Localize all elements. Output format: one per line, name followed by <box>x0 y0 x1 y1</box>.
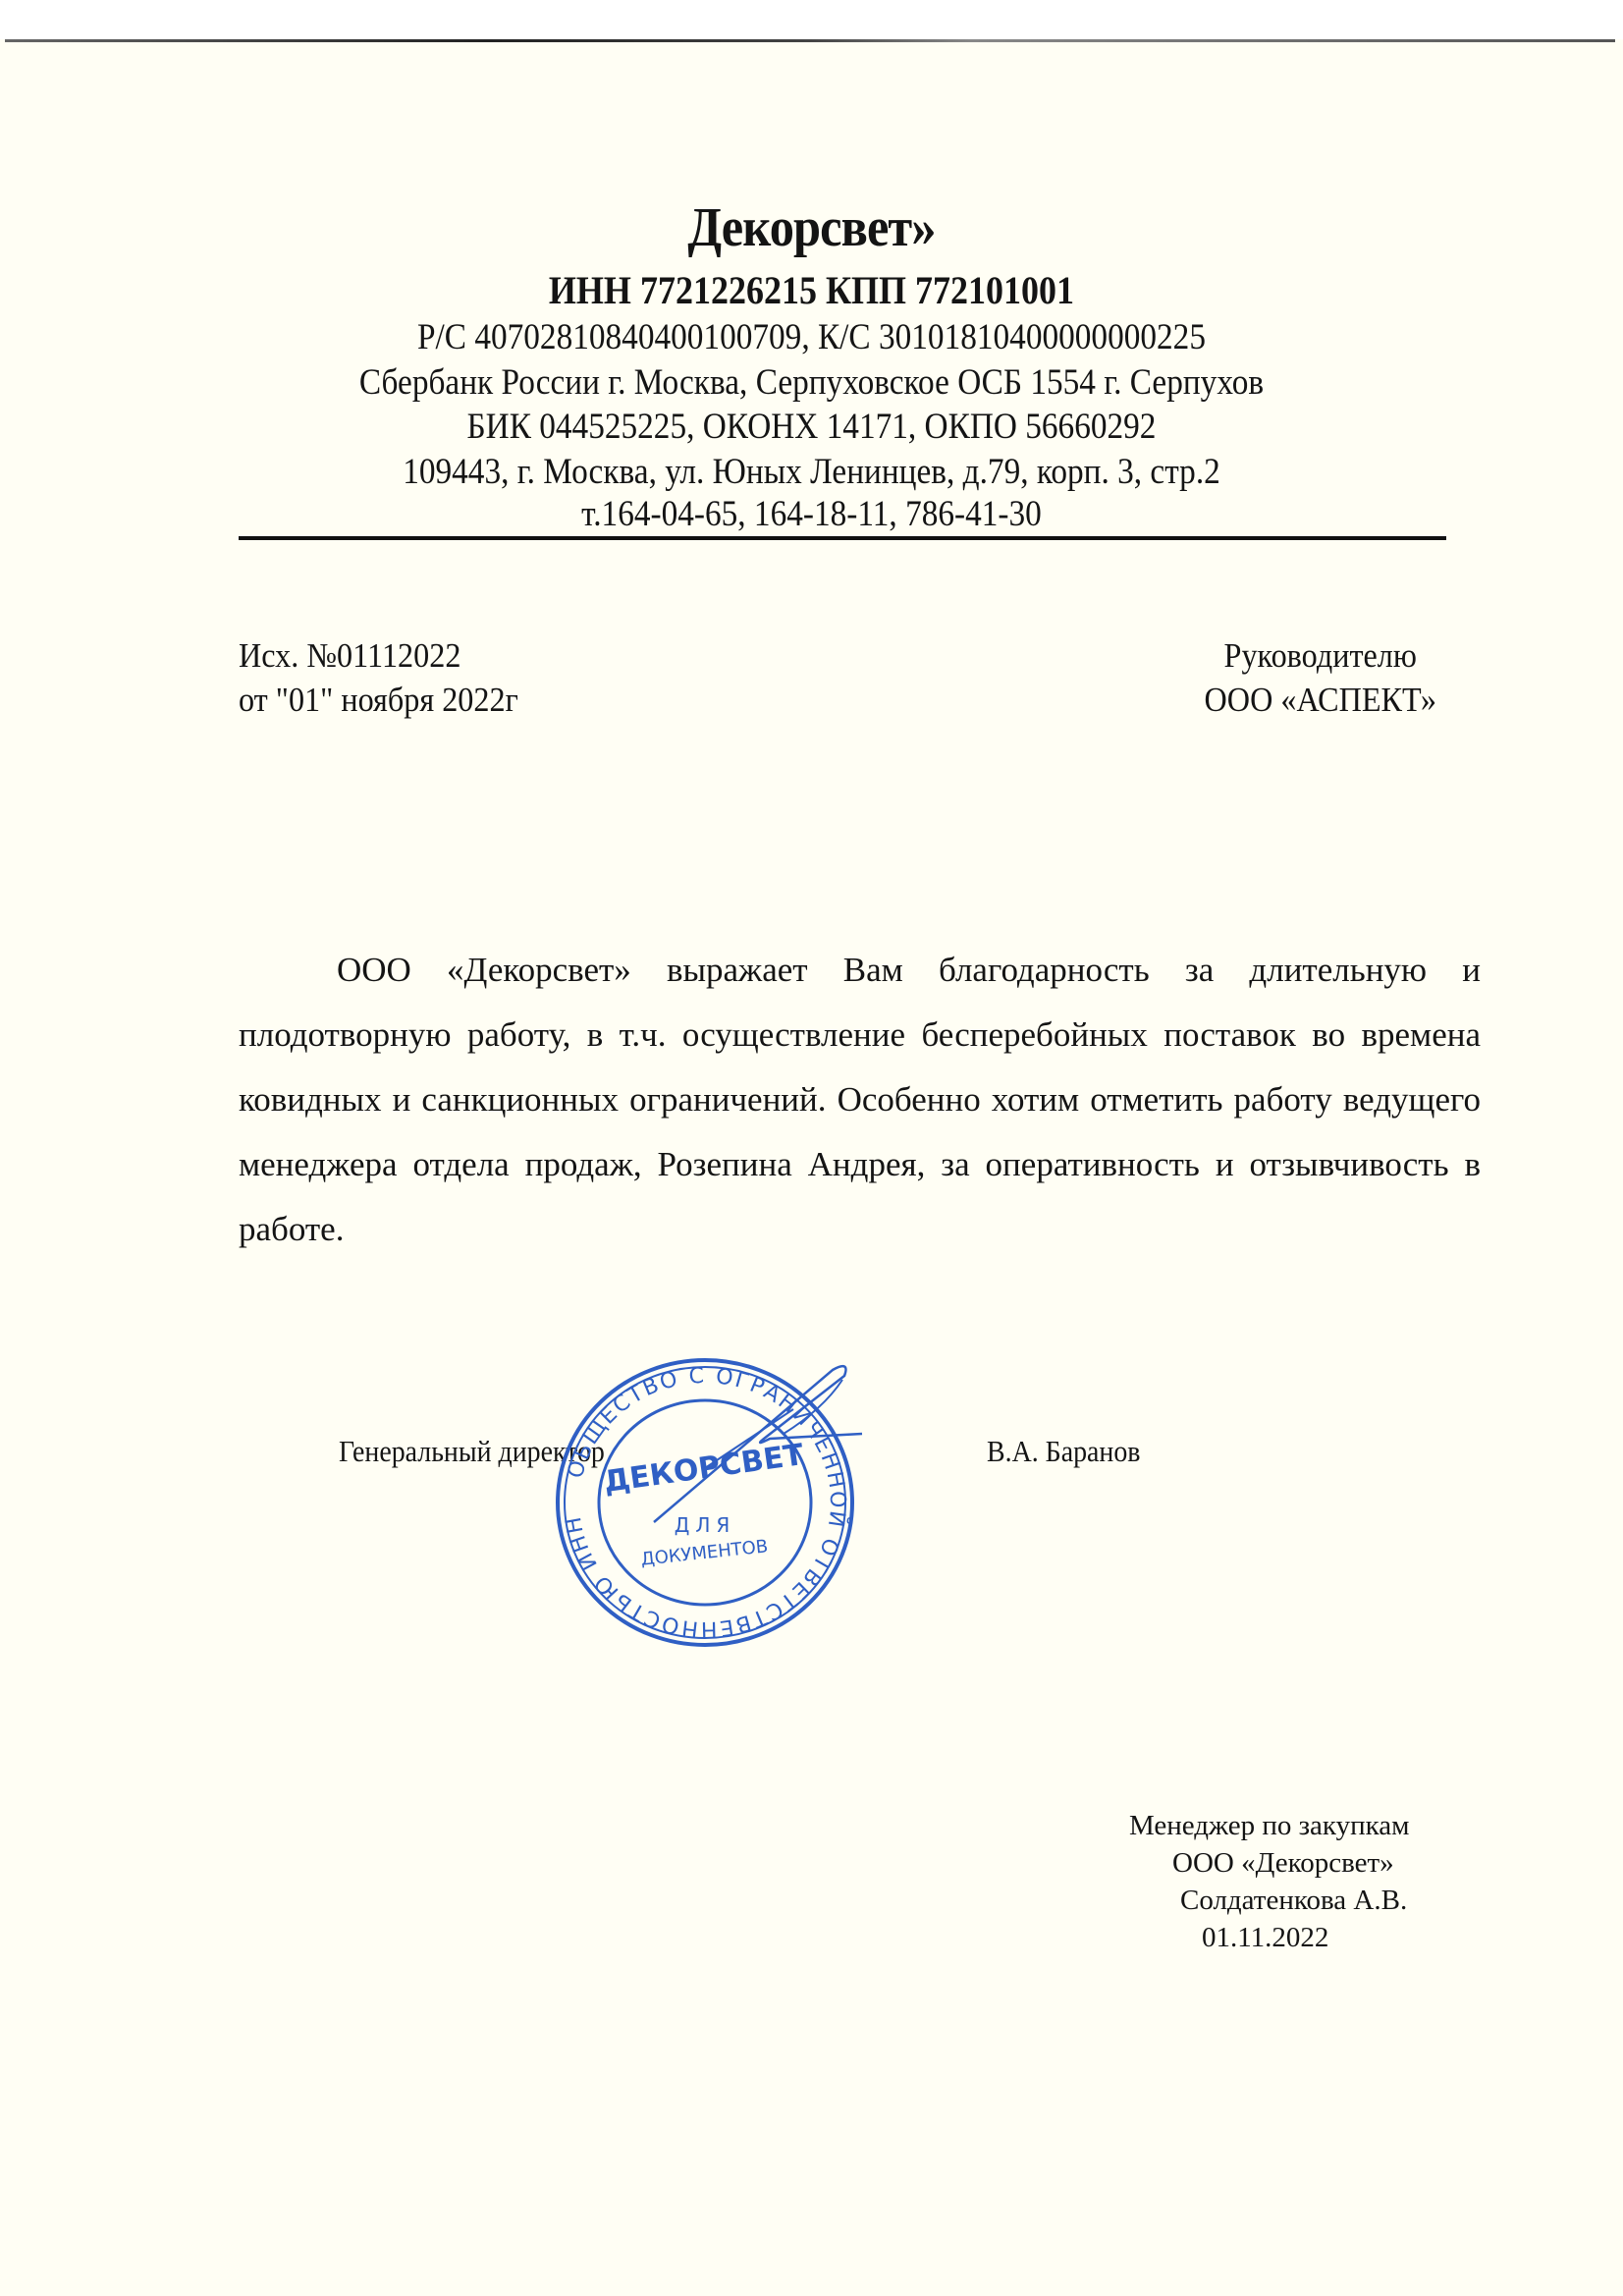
letterhead-phones: т.164-04-65, 164-18-11, 786-41-30 <box>81 493 1542 535</box>
company-seal-icon: ОБЩЕСТВО С ОГРАНИЧЕННОЙ ОТВЕТСТВЕННОСТЬЮ… <box>538 1340 872 1665</box>
letterhead-accounts: Р/С 40702810840400100709, К/С 3010181040… <box>81 316 1542 358</box>
letterhead-codes: БИК 044525225, ОКОНХ 14171, ОКПО 5666029… <box>81 406 1542 448</box>
contact-company: ООО «Декорсвет» <box>1129 1844 1409 1882</box>
letterhead-address: 109443, г. Москва, ул. Юных Ленинцев, д.… <box>81 451 1542 493</box>
scan-edge-line <box>5 39 1615 42</box>
svg-text:ДОКУМЕНТОВ: ДОКУМЕНТОВ <box>640 1536 769 1569</box>
letterhead-company: Декорсвет» <box>81 196 1542 259</box>
svg-text:ОБЩЕСТВО С ОГРАНИЧЕННОЙ ОТВЕТС: ОБЩЕСТВО С ОГРАНИЧЕННОЙ ОТВЕТСТВЕННОСТЬЮ… <box>538 1340 850 1641</box>
reference-date: от "01" ноября 2022г <box>239 678 518 722</box>
addressee-company: ООО «АСПЕКТ» <box>1205 678 1436 722</box>
addressee-title: Руководителю <box>1205 633 1436 678</box>
scan-top-margin <box>0 0 1623 39</box>
letterhead-bank: Сбербанк России г. Москва, Серпуховское … <box>81 361 1542 404</box>
addressee-block: Руководителю ООО «АСПЕКТ» <box>1205 633 1436 722</box>
letterhead-inn-kpp: ИНН 7721226215 КПП 772101001 <box>81 267 1542 313</box>
svg-text:ДЛЯ: ДЛЯ <box>675 1513 736 1537</box>
contact-date: 01.11.2022 <box>1129 1919 1409 1956</box>
signatory-name: В.А. Баранов <box>987 1434 1140 1469</box>
contact-block: Менеджер по закупкам ООО «Декорсвет» Сол… <box>1129 1807 1409 1956</box>
contact-role: Менеджер по закупкам <box>1129 1807 1409 1844</box>
letter-body: ООО «Декорсвет» выражает Вам благодарнос… <box>239 938 1481 1262</box>
letterhead-divider <box>239 536 1446 540</box>
contact-name: Солдатенкова А.В. <box>1129 1882 1409 1919</box>
reference-block: Исх. №01112022 от "01" ноября 2022г <box>239 633 518 722</box>
svg-text:ДЕКОРСВЕТ: ДЕКОРСВЕТ <box>602 1438 806 1500</box>
reference-number: Исх. №01112022 <box>239 633 518 678</box>
